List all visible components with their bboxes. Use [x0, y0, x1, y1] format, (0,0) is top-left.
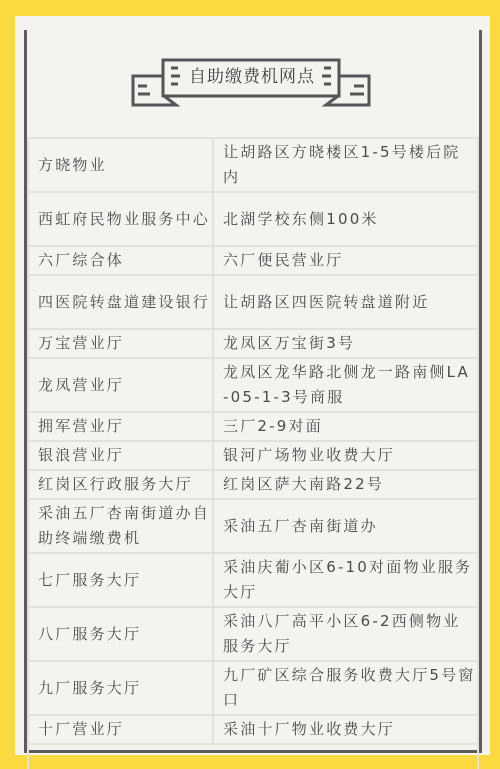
- location-address: 让胡路区四医院转盘道附近: [213, 275, 478, 329]
- table-row: 七厂服务大厅采油庆葡小区6-10对面物业服务大厅: [28, 553, 478, 607]
- location-name: 八厂服务大厅: [28, 607, 213, 661]
- table-row: 四医院转盘道建设银行让胡路区四医院转盘道附近: [28, 275, 478, 329]
- location-name: 拥军营业厅: [28, 412, 213, 441]
- location-name: 西虹府民物业服务中心: [28, 192, 213, 246]
- location-name: 十厂营业厅: [28, 715, 213, 744]
- location-name: 九厂服务大厅: [28, 661, 213, 715]
- location-address: 红岗区萨大南路22号: [213, 470, 478, 499]
- table-row: 方晓物业让胡路区方晓楼区1-5号楼后院内: [28, 138, 478, 192]
- location-address: 采油十厂物业收费大厅: [213, 715, 478, 744]
- location-address: 龙凤区龙华路北侧龙一路南侧LA-05-1-3号商服: [213, 358, 478, 412]
- table-row: 拥军营业厅三厂2-9对面: [28, 412, 478, 441]
- empty-cell: [213, 744, 478, 769]
- location-address: 北湖学校东侧100米: [213, 192, 478, 246]
- table-row: 八厂服务大厅采油八厂高平小区6-2西侧物业服务大厅: [28, 607, 478, 661]
- location-name: 四医院转盘道建设银行: [28, 275, 213, 329]
- location-name: 六厂综合体: [28, 246, 213, 275]
- location-name: 七厂服务大厅: [28, 553, 213, 607]
- empty-cell: [28, 744, 213, 769]
- location-name: 龙凤营业厅: [28, 358, 213, 412]
- location-address: 采油五厂杏南街道办: [213, 499, 478, 553]
- location-address: 六厂便民营业厅: [213, 246, 478, 275]
- location-address: 三厂2-9对面: [213, 412, 478, 441]
- location-address: 采油八厂高平小区6-2西侧物业服务大厅: [213, 607, 478, 661]
- location-address: 龙凤区万宝街3号: [213, 329, 478, 358]
- table-row: 红岗区行政服务大厅红岗区萨大南路22号: [28, 470, 478, 499]
- table-row: 十厂营业厅采油十厂物业收费大厅: [28, 715, 478, 744]
- location-name: 万宝营业厅: [28, 329, 213, 358]
- location-address: 九厂矿区综合服务收费大厅5号窗口: [213, 661, 478, 715]
- table-row: 西虹府民物业服务中心北湖学校东侧100米: [28, 192, 478, 246]
- empty-row: [28, 744, 478, 769]
- location-address: 银河广场物业收费大厅: [213, 441, 478, 470]
- location-address: 让胡路区方晓楼区1-5号楼后院内: [213, 138, 478, 192]
- table-row: 采油五厂杏南街道办自助终端缴费机采油五厂杏南街道办: [28, 499, 478, 553]
- page-title: 自助缴费机网点: [178, 65, 326, 89]
- locations-table: 方晓物业让胡路区方晓楼区1-5号楼后院内西虹府民物业服务中心北湖学校东侧100米…: [27, 137, 479, 769]
- table-row: 龙凤营业厅龙凤区龙华路北侧龙一路南侧LA-05-1-3号商服: [28, 358, 478, 412]
- table-row: 万宝营业厅龙凤区万宝街3号: [28, 329, 478, 358]
- table-row: 六厂综合体六厂便民营业厅: [28, 246, 478, 275]
- location-name: 方晓物业: [28, 138, 213, 192]
- table-row: 银浪营业厅银河广场物业收费大厅: [28, 441, 478, 470]
- table-row: 九厂服务大厅九厂矿区综合服务收费大厅5号窗口: [28, 661, 478, 715]
- location-address: 采油庆葡小区6-10对面物业服务大厅: [213, 553, 478, 607]
- location-name: 采油五厂杏南街道办自助终端缴费机: [28, 499, 213, 553]
- location-name: 银浪营业厅: [28, 441, 213, 470]
- title-banner: 自助缴费机网点: [128, 56, 374, 110]
- location-name: 红岗区行政服务大厅: [28, 470, 213, 499]
